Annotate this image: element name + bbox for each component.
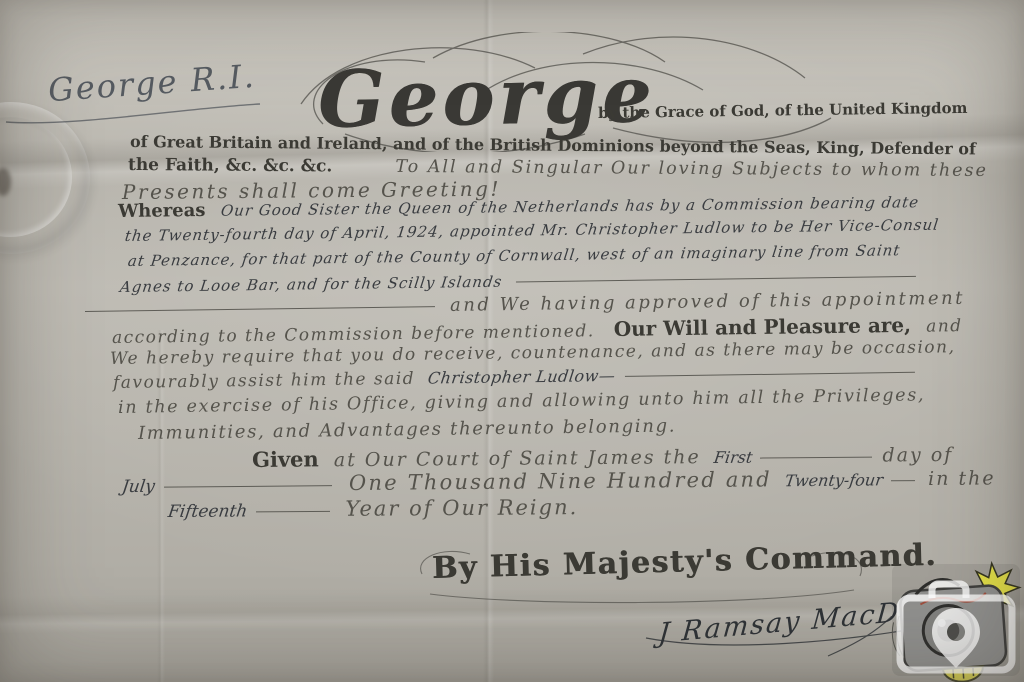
month-handwriting: July: [121, 477, 156, 497]
date-script-thousand: One Thousand Nine Hundred and: [349, 467, 772, 495]
faith-blackletter: the Faith, &c. &c. &c.: [128, 155, 332, 176]
blank-rule: [85, 304, 435, 312]
camera-watermark-icon: [888, 560, 1024, 682]
regnal-script: Year of Our Reign.: [345, 495, 578, 521]
blank-rule: [515, 274, 915, 283]
whereas-handwriting-4: Agnes to Looe Bar, and for the Scilly Is…: [119, 273, 504, 296]
embossed-seal-inner-ring: [0, 117, 72, 237]
whereas-blackletter: Whereas: [118, 200, 206, 222]
day-handwriting: First: [713, 448, 754, 467]
line-whereas-3: at Penzance, for that part of the County…: [127, 241, 902, 270]
photo-watermark: [888, 560, 1024, 682]
regnal-year-handwriting: Fifteenth: [167, 501, 249, 522]
given-blackletter: Given: [252, 446, 319, 472]
assist-script: favourably assist him the said: [113, 369, 415, 393]
assist-handwriting-name: Christopher Ludlow—: [427, 366, 617, 388]
will-and-pleasure-blackletter: Our Will and Pleasure are,: [614, 313, 912, 341]
blank-rule: [164, 483, 332, 487]
blank-rule: [625, 370, 915, 377]
royal-signature-underline-flourish: [4, 100, 264, 128]
line-office-2: Immunities, and Advantages thereunto bel…: [138, 415, 677, 444]
blank-rule: [891, 478, 915, 481]
given-script-dayof: day of: [882, 444, 953, 467]
blank-rule: [760, 455, 872, 459]
royal-commission-document-photo: George R.I. George by the Grace of God, …: [0, 0, 1024, 682]
document-title-george: George: [317, 49, 656, 146]
blank-rule: [256, 509, 330, 513]
year-handwriting: Twenty-four: [784, 470, 884, 490]
line-regnal: Fifteenth Year of Our Reign.: [168, 495, 578, 522]
date-script-inthe: in the: [928, 467, 996, 490]
approved-script: and We having approved of this appointme…: [450, 288, 965, 316]
and-script: and: [926, 316, 963, 337]
